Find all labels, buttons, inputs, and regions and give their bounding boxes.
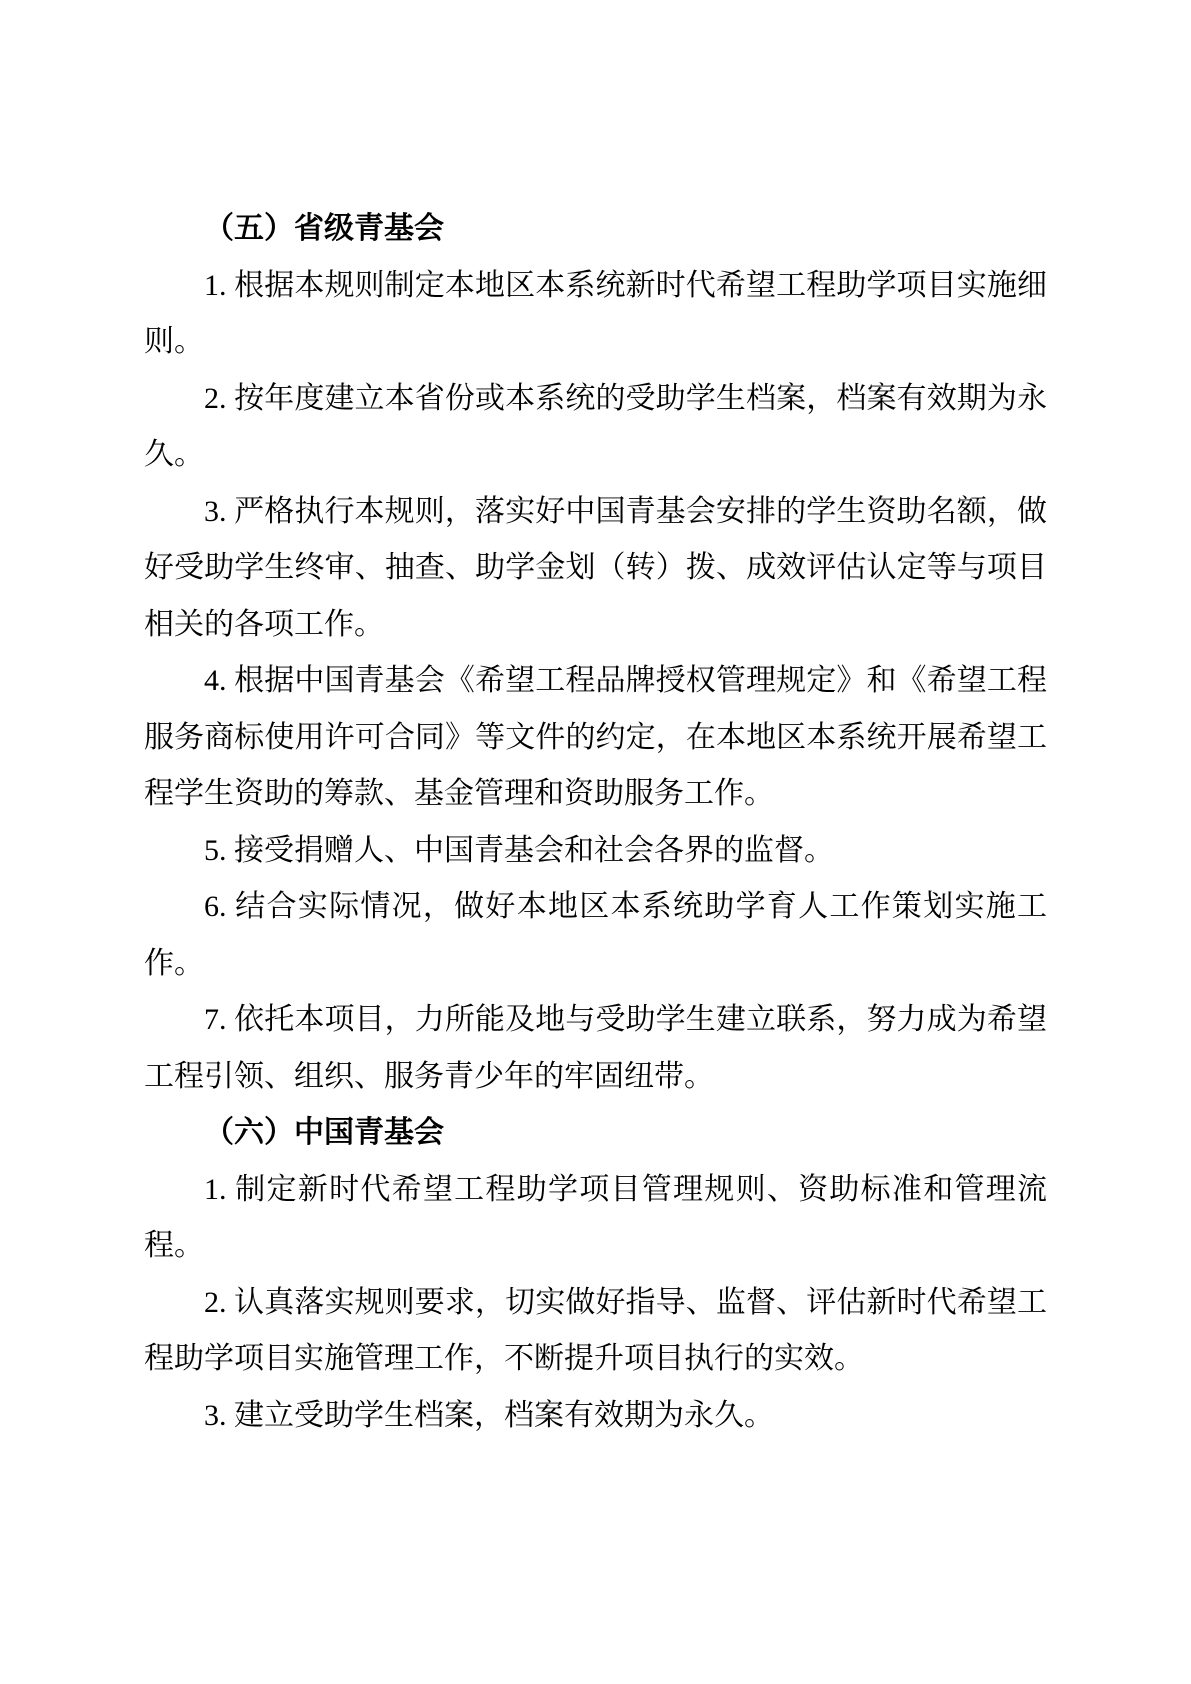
section-6-item-3: 3. 建立受助学生档案，档案有效期为永久。 [144, 1388, 1047, 1445]
section-6-item-1: 1. 制定新时代希望工程助学项目管理规则、资助标准和管理流程。 [144, 1162, 1047, 1275]
section-5-item-2: 2. 按年度建立本省份或本系统的受助学生档案，档案有效期为永久。 [144, 371, 1047, 484]
document-body: （五）省级青基会 1. 根据本规则制定本地区本系统新时代希望工程助学项目实施细则… [144, 201, 1047, 1444]
section-5-item-4: 4. 根据中国青基会《希望工程品牌授权管理规定》和《希望工程服务商标使用许可合同… [144, 653, 1047, 823]
section-5-item-1: 1. 根据本规则制定本地区本系统新时代希望工程助学项目实施细则。 [144, 258, 1047, 371]
section-5-heading: （五）省级青基会 [144, 201, 1047, 258]
section-5-item-5: 5. 接受捐赠人、中国青基会和社会各界的监督。 [144, 823, 1047, 880]
section-5-item-7: 7. 依托本项目，力所能及地与受助学生建立联系，努力成为希望工程引领、组织、服务… [144, 992, 1047, 1105]
document-page: （五）省级青基会 1. 根据本规则制定本地区本系统新时代希望工程助学项目实施细则… [0, 0, 1191, 1684]
section-6-heading: （六）中国青基会 [144, 1105, 1047, 1162]
section-5-item-6: 6. 结合实际情况，做好本地区本系统助学育人工作策划实施工作。 [144, 879, 1047, 992]
section-6-item-2: 2. 认真落实规则要求，切实做好指导、监督、评估新时代希望工程助学项目实施管理工… [144, 1275, 1047, 1388]
section-5-item-3: 3. 严格执行本规则，落实好中国青基会安排的学生资助名额，做好受助学生终审、抽查… [144, 484, 1047, 654]
